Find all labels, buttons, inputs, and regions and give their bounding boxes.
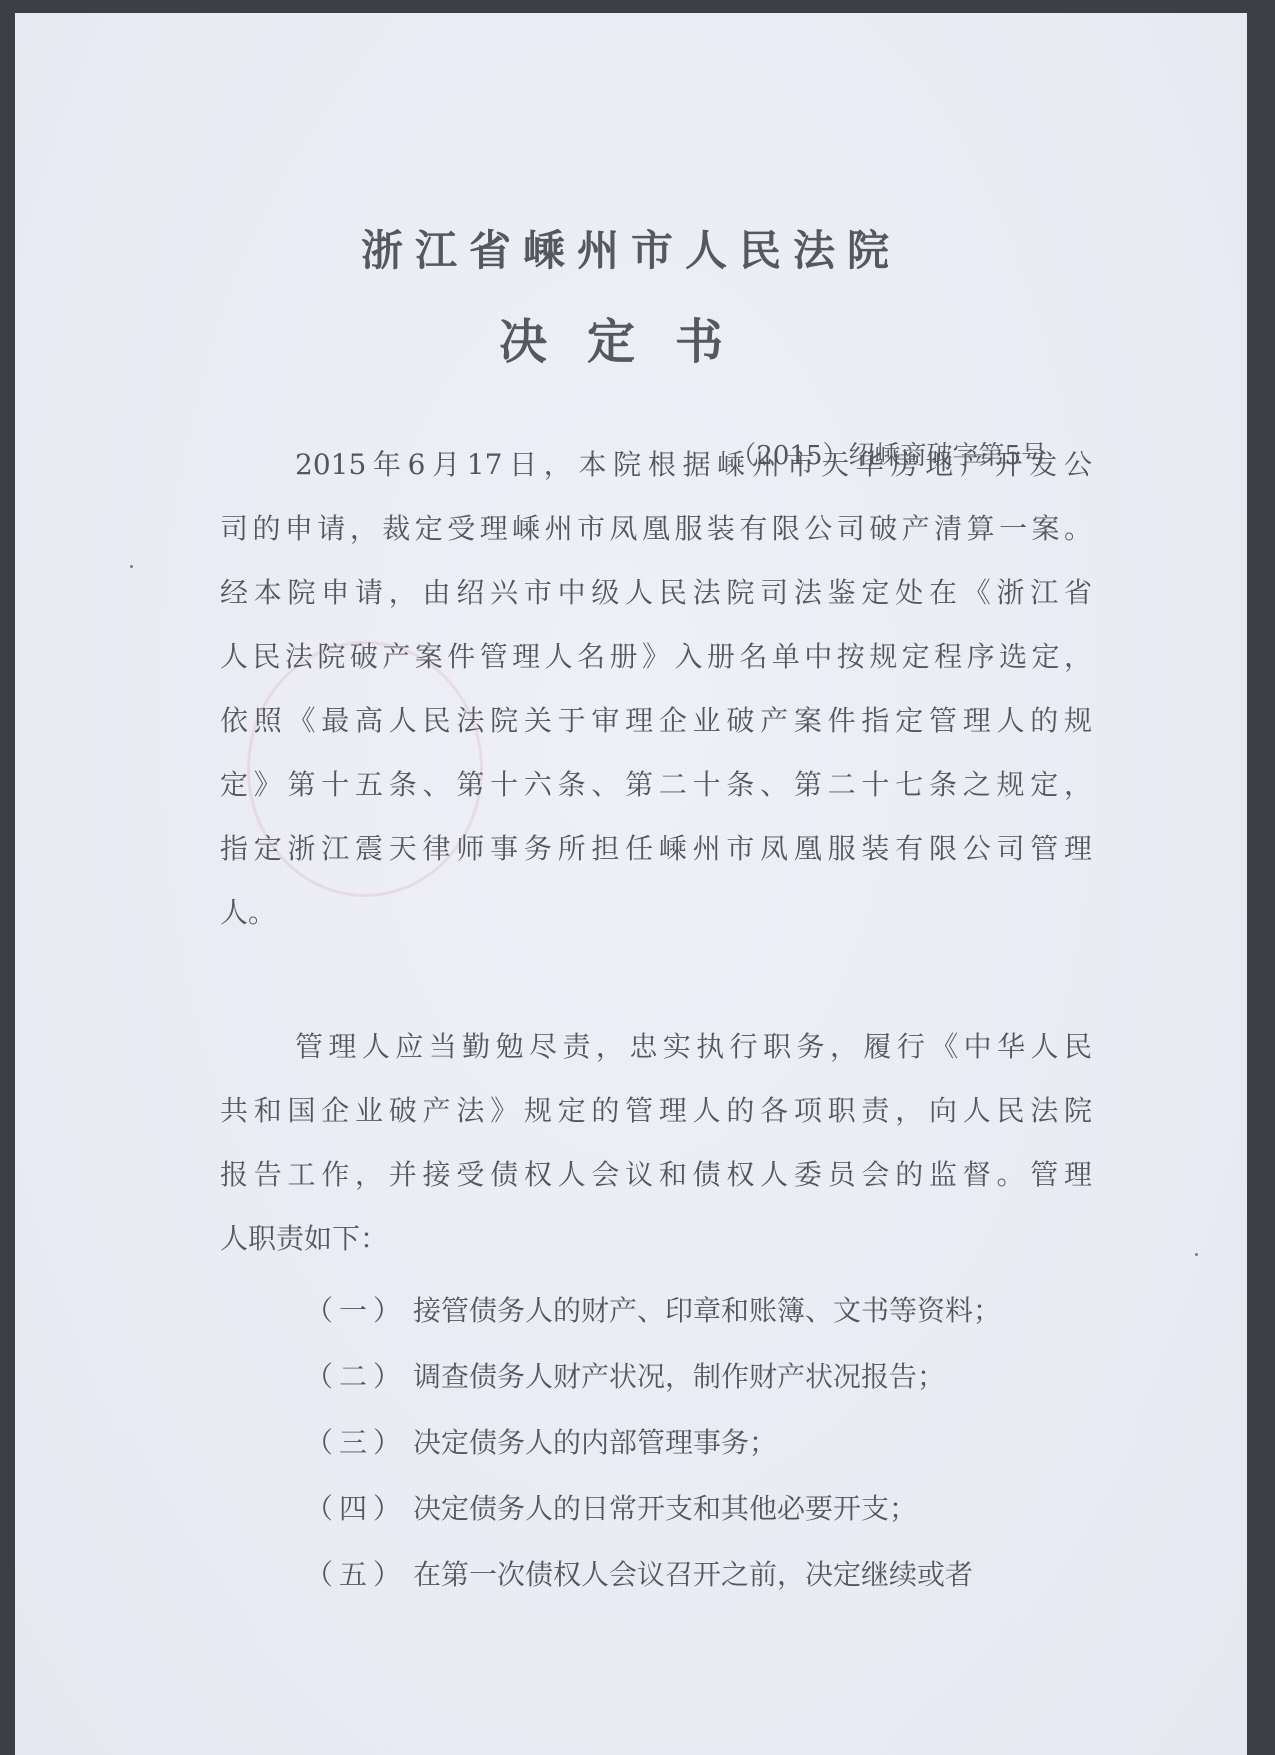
paragraph-2-line: 报告工作，并接受债权人会议和债权人委员会的监督。管理 xyxy=(220,1155,1092,1195)
duty-text: 决定债务人的日常开支和其他必要开支； xyxy=(413,1492,917,1525)
duty-text: 调查债务人财产状况，制作财产状况报告； xyxy=(413,1360,945,1393)
paragraph-2-line: 管理人应当勤勉尽责，忠实执行职务，履行《中华人民 xyxy=(295,1027,1092,1067)
duty-text: 接管债务人的财产、印章和账簿、文书等资料； xyxy=(413,1294,1001,1327)
paragraph-1-line: 依照《最高人民法院关于审理企业破产案件指定管理人的规 xyxy=(220,701,1092,741)
scanned-page: 浙江省嵊州市人民法院 决定书 （2015）绍嵊商破字第5号 2015年6月17日… xyxy=(15,13,1247,1755)
paragraph-1-line: 经本院申请，由绍兴市中级人民法院司法鉴定处在《浙江省 xyxy=(220,573,1092,613)
paragraph-1-line: 司的申请，裁定受理嵊州市凤凰服装有限公司破产清算一案。 xyxy=(220,509,1092,549)
duty-number: （一） xyxy=(305,1291,413,1331)
paragraph-1-line: 定》第十五条、第十六条、第二十条、第二十七条之规定， xyxy=(220,765,1092,805)
paragraph-2-line: 共和国企业破产法》规定的管理人的各项职责，向人民法院 xyxy=(220,1091,1092,1131)
duty-number: （四） xyxy=(305,1489,413,1529)
scan-speck xyxy=(1195,1253,1198,1256)
paragraph-1-line: 指定浙江震天律师事务所担任嵊州市凤凰服装有限公司管理 xyxy=(220,829,1092,869)
duty-number: （三） xyxy=(305,1423,413,1463)
court-name-heading: 浙江省嵊州市人民法院 xyxy=(15,218,1247,278)
duty-text: 在第一次债权人会议召开之前，决定继续或者 xyxy=(413,1558,973,1591)
paragraph-1-line: 2015年6月17日，本院根据嵊州市天华房地产开发公 xyxy=(295,445,1092,485)
duty-item: （三）决定债务人的内部管理事务； xyxy=(305,1423,777,1463)
duty-number: （二） xyxy=(305,1357,413,1397)
duty-item: （二）调查债务人财产状况，制作财产状况报告； xyxy=(305,1357,945,1397)
duty-item: （五）在第一次债权人会议召开之前，决定继续或者 xyxy=(305,1555,973,1595)
duty-item: （四）决定债务人的日常开支和其他必要开支； xyxy=(305,1489,917,1529)
duty-text: 决定债务人的内部管理事务； xyxy=(413,1426,777,1459)
scan-speck xyxy=(130,565,133,568)
duty-item: （一）接管债务人的财产、印章和账簿、文书等资料； xyxy=(305,1291,1001,1331)
document-type-heading: 决定书 xyxy=(15,303,1247,372)
paragraph-1-line: 人民法院破产案件管理人名册》入册名单中按规定程序选定， xyxy=(220,637,1092,677)
duty-number: （五） xyxy=(305,1555,413,1595)
paragraph-1-line: 人。 xyxy=(220,893,1092,933)
paragraph-2-line: 人职责如下： xyxy=(220,1219,1092,1259)
